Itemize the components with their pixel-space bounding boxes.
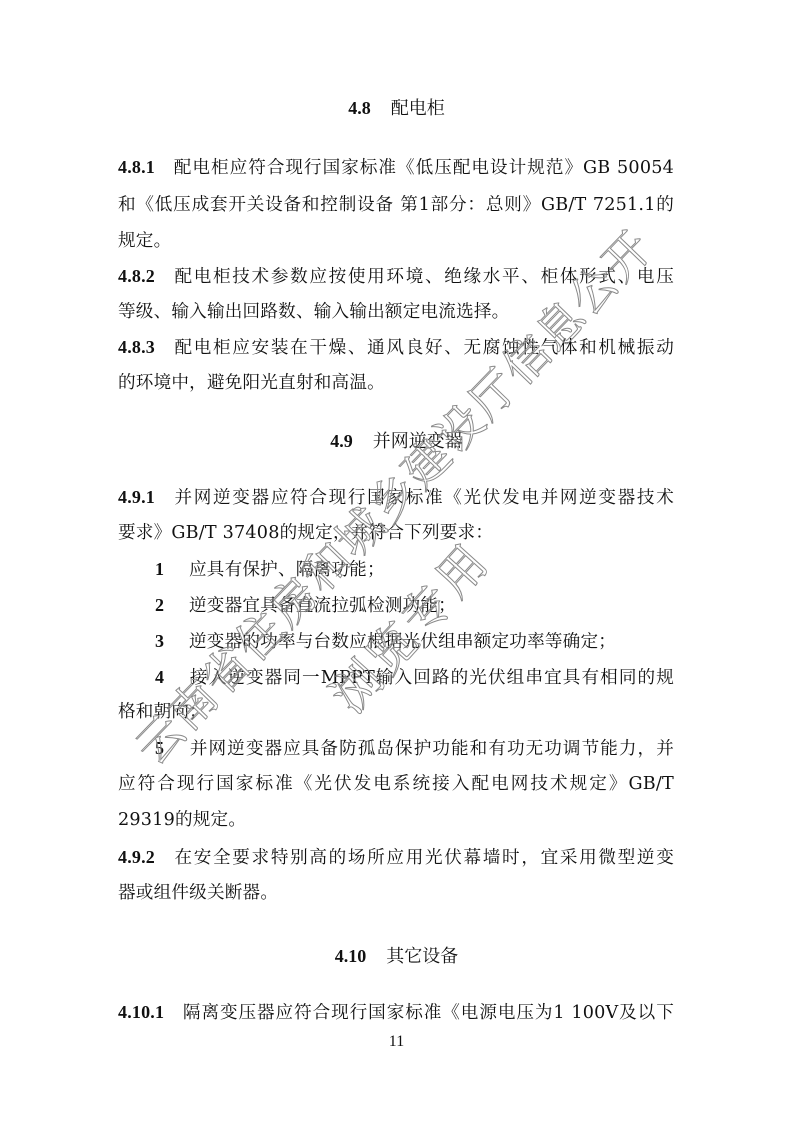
clause-4-9-2-line-1: 4.9.2在安全要求特别高的场所应用光伏幕墙时，宜采用微型逆变 xyxy=(118,839,674,875)
list-item-2: 2逆变器宜具备直流拉弧检测功能； xyxy=(155,587,674,623)
clause-text: 配电柜应安装在干燥、通风良好、无腐蚀性气体和机械振动 xyxy=(173,338,674,358)
list-item-5: 5并网逆变器应具备防孤岛保护功能和有功无功调节能力，并 xyxy=(155,730,674,766)
clause-text: 的环境中，避免阳光直射和高温。 xyxy=(118,373,385,393)
item-number: 3 xyxy=(155,623,189,659)
clause-4-8-2-line-2: 等级、输入输出回路数、输入输出额定电流选择。 xyxy=(118,294,674,330)
list-item-4: 4接入逆变器同一MPPT输入回路的光伏组串宜具有相同的规 xyxy=(155,659,674,695)
item-text: 逆变器的功率与台数应根据光伏组串额定功率等确定； xyxy=(189,632,616,652)
clause-text: 配电柜应符合现行国家标准《低压配电设计规范》GB 50054 xyxy=(173,158,674,178)
clause-text: 等级、输入输出回路数、输入输出额定电流选择。 xyxy=(118,302,509,322)
section-title: 配电柜 xyxy=(391,98,445,119)
list-item-5-line-3: 29319的规定。 xyxy=(118,802,674,838)
item-number: 5 xyxy=(155,730,189,766)
clause-number: 4.9.2 xyxy=(118,839,155,875)
clause-number: 4.10.1 xyxy=(118,994,164,1030)
section-heading-4-10: 4.10其它设备 xyxy=(0,938,793,974)
section-title: 并网逆变器 xyxy=(373,431,463,452)
item-text: 格和朝向； xyxy=(118,702,207,722)
item-number: 2 xyxy=(155,587,189,623)
clause-text: 配电柜技术参数应按使用环境、绝缘水平、柜体形式、电压 xyxy=(173,267,674,287)
clause-4-8-3-line-1: 4.8.3配电柜应安装在干燥、通风良好、无腐蚀性气体和机械振动 xyxy=(118,329,674,365)
clause-4-8-2-line-1: 4.8.2配电柜技术参数应按使用环境、绝缘水平、柜体形式、电压 xyxy=(118,258,674,294)
clause-text: 规定。 xyxy=(118,231,171,251)
clause-4-9-2-line-2: 器或组件级关断器。 xyxy=(118,875,674,911)
item-number: 1 xyxy=(155,551,189,587)
clause-4-8-1-line-1: 4.8.1配电柜应符合现行国家标准《低压配电设计规范》GB 50054 xyxy=(118,149,674,185)
item-text: 29319的规定。 xyxy=(118,810,246,830)
item-text: 接入逆变器同一MPPT输入回路的光伏组串宜具有相同的规 xyxy=(189,668,674,688)
page-number: 11 xyxy=(0,1033,793,1051)
clause-text: 要求》GB/T 37408的规定，并符合下列要求： xyxy=(118,523,493,543)
list-item-1: 1应具有保护、隔离功能； xyxy=(155,551,674,587)
clause-4-8-1-line-3: 规定。 xyxy=(118,223,674,259)
clause-text: 并网逆变器应符合现行国家标准《光伏发电并网逆变器技术 xyxy=(173,488,674,508)
item-text: 应符合现行国家标准《光伏发电系统接入配电网技术规定》GB/T xyxy=(118,774,674,794)
section-heading-4-8: 4.8配电柜 xyxy=(0,90,793,126)
document-page: 4.8配电柜 4.8.1配电柜应符合现行国家标准《低压配电设计规范》GB 500… xyxy=(0,0,793,1122)
clause-number: 4.8.2 xyxy=(118,258,155,294)
clause-text: 在安全要求特别高的场所应用光伏幕墙时，宜采用微型逆变 xyxy=(173,848,674,868)
list-item-3: 3逆变器的功率与台数应根据光伏组串额定功率等确定； xyxy=(155,623,674,659)
item-text: 应具有保护、隔离功能； xyxy=(189,560,385,580)
clause-4-10-1-line-1: 4.10.1隔离变压器应符合现行国家标准《电源电压为1 100V及以下 xyxy=(118,994,674,1030)
clause-4-8-1-line-2: 和《低压成套开关设备和控制设备 第1部分：总则》GB/T 7251.1的 xyxy=(118,187,674,223)
section-heading-4-9: 4.9并网逆变器 xyxy=(0,423,793,459)
clause-text: 和《低压成套开关设备和控制设备 第1部分：总则》GB/T 7251.1的 xyxy=(118,195,674,215)
clause-text: 隔离变压器应符合现行国家标准《电源电压为1 100V及以下 xyxy=(182,1003,674,1023)
list-item-4-line-2: 格和朝向； xyxy=(118,694,674,730)
list-item-5-line-2: 应符合现行国家标准《光伏发电系统接入配电网技术规定》GB/T xyxy=(118,766,674,802)
item-text: 逆变器宜具备直流拉弧检测功能； xyxy=(189,596,456,616)
clause-4-9-1-line-1: 4.9.1并网逆变器应符合现行国家标准《光伏发电并网逆变器技术 xyxy=(118,479,674,515)
section-number: 4.8 xyxy=(348,98,371,118)
clause-4-8-3-line-2: 的环境中，避免阳光直射和高温。 xyxy=(118,365,674,401)
section-title: 其它设备 xyxy=(386,946,458,967)
clause-number: 4.8.1 xyxy=(118,149,155,185)
clause-4-9-1-line-2: 要求》GB/T 37408的规定，并符合下列要求： xyxy=(118,515,674,551)
section-number: 4.9 xyxy=(330,431,353,451)
clause-text: 器或组件级关断器。 xyxy=(118,883,278,903)
section-number: 4.10 xyxy=(335,946,367,966)
item-text: 并网逆变器应具备防孤岛保护功能和有功无功调节能力，并 xyxy=(189,739,674,759)
item-number: 4 xyxy=(155,659,189,695)
clause-number: 4.8.3 xyxy=(118,329,155,365)
clause-number: 4.9.1 xyxy=(118,479,155,515)
